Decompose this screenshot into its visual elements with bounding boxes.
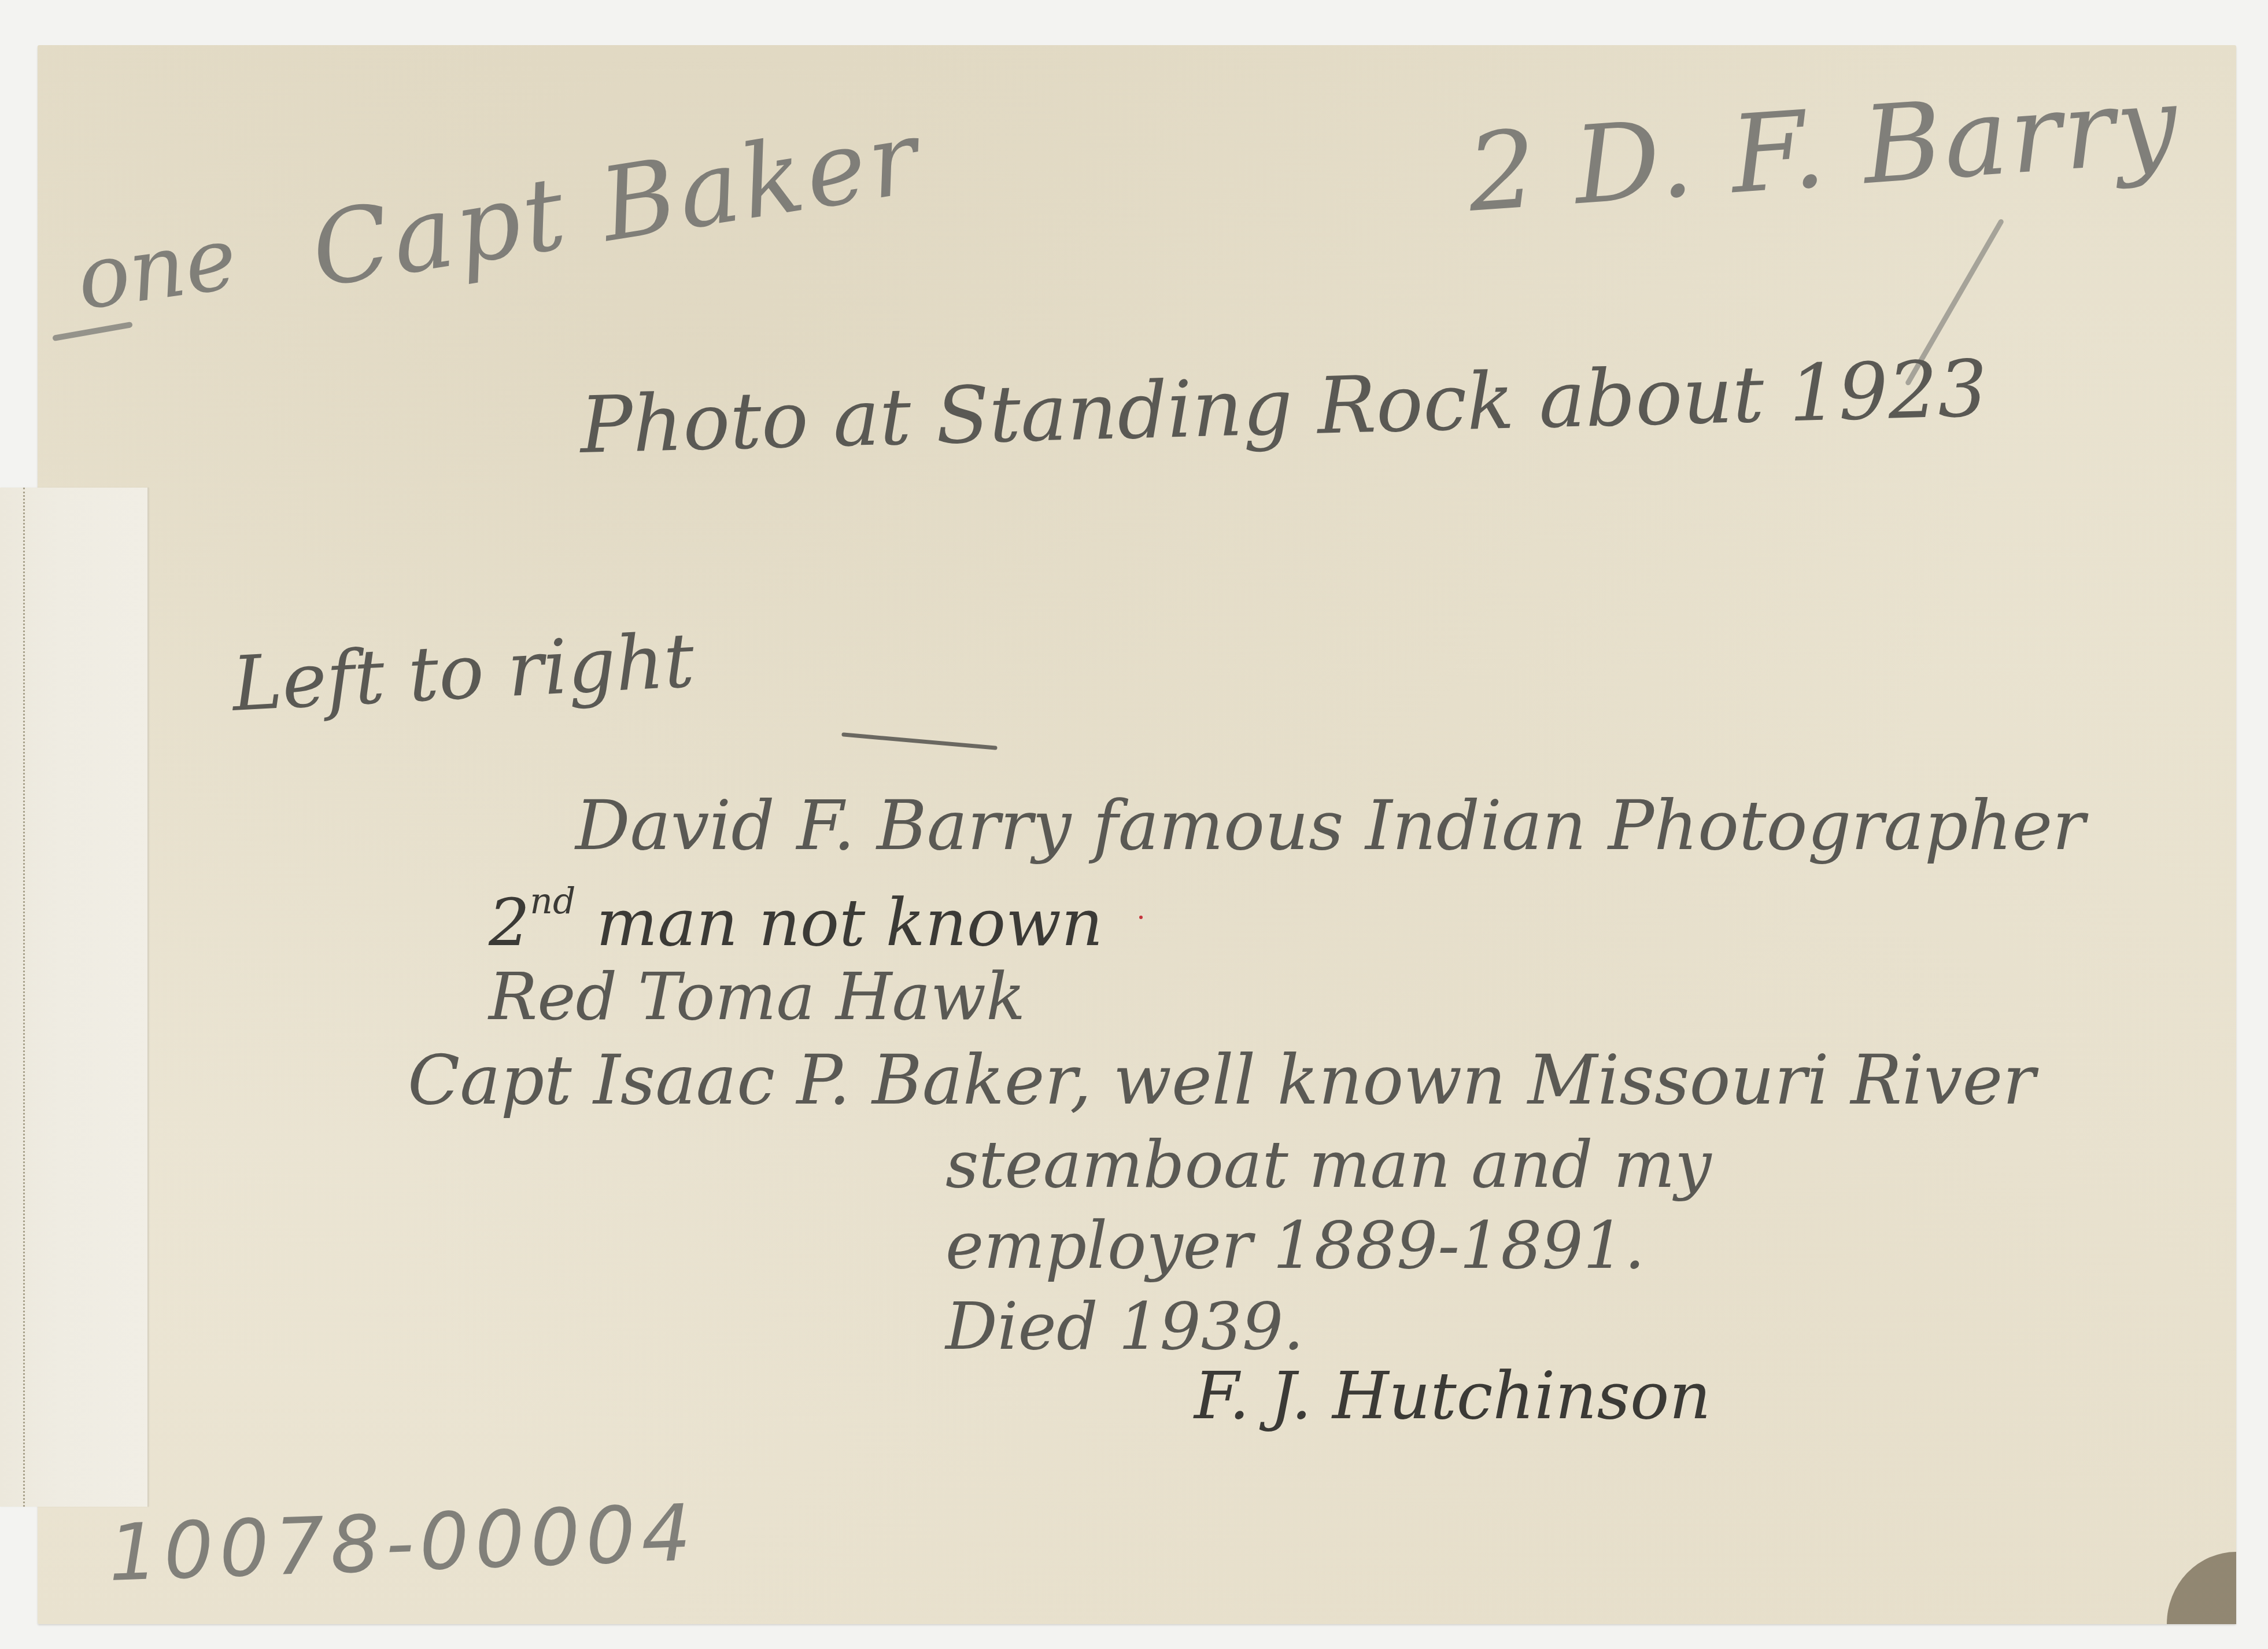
caption-line-david-barry: David F. Barry famous Indian Photographe… xyxy=(575,791,2085,859)
caption-line-steamboat: steamboat man and my xyxy=(945,1132,1712,1197)
corner-stain xyxy=(2167,1552,2236,1624)
label-barry: 2 D. F. Barry xyxy=(1464,71,2183,227)
photo-card-verso: one Capt Baker 2 D. F. Barry Photo at St… xyxy=(38,45,2236,1624)
catalog-number: 10078-00004 xyxy=(107,1494,698,1592)
caption-line-second-man: 2nd man not known xyxy=(489,884,1103,956)
label-capt-baker: Capt Baker xyxy=(305,106,928,302)
left-to-right-dash xyxy=(841,732,998,750)
hinge-tape xyxy=(0,488,149,1507)
hinge-stitching xyxy=(23,488,25,1507)
caption-line-employer: employer 1889-1891. xyxy=(945,1213,1645,1278)
caption-line-red-tomahawk: Red Toma Hawk xyxy=(489,965,1025,1030)
signature: F. J. Hutchinson xyxy=(1194,1364,1711,1429)
second-suffix: nd xyxy=(530,880,575,922)
caption-line-capt-baker: Capt Isaac P. Baker, well known Missouri… xyxy=(408,1046,2036,1114)
caption-heading: Photo at Standing Rock about 1923 xyxy=(579,349,1988,464)
caption-line-died: Died 1939. xyxy=(945,1294,1304,1359)
label-one: one xyxy=(72,215,242,323)
caption-left-to-right: Left to right xyxy=(230,622,696,722)
second-man-text: man not known xyxy=(575,886,1103,961)
second-number: 2 xyxy=(489,886,530,961)
red-ink-speck xyxy=(1139,916,1143,919)
